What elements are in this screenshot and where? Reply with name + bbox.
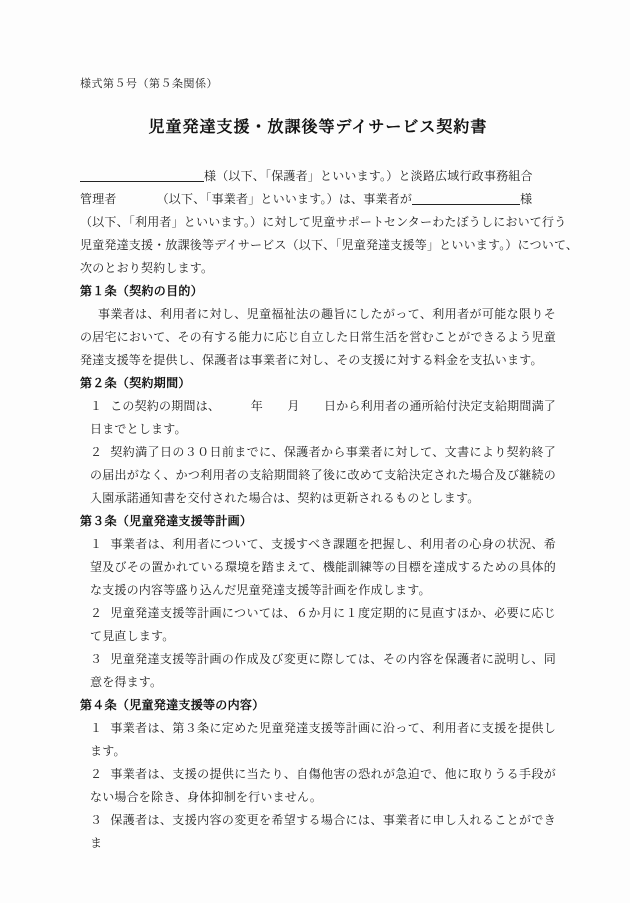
article-2-item-1: １この契約の期間は、 年 月 日から利用者の通所給付決定支給期間満了日までとしま…	[80, 395, 556, 441]
article-4-item-3: ３保護者は、支援内容の変更を希望する場合には、事業者に申し入れることができま	[80, 809, 556, 855]
preamble-line-5: 次のとおり契約します。	[80, 257, 556, 280]
user-name-blank	[412, 189, 520, 205]
preamble-line-1-text: 様（以下、「保護者」といいます。）と淡路広域行政事務組合	[204, 169, 533, 183]
item-number: １	[90, 399, 102, 413]
article-2-heading: 第２条（契約期間）	[80, 372, 556, 395]
article-1: 第１条（契約の目的） 事業者は、利用者に対し、児童福祉法の趣旨にしたがって、利用…	[80, 280, 556, 372]
preamble-line-2-text: （以下、「事業者」といいます。）は、事業者が	[157, 192, 412, 206]
article-3-heading: 第３条（児童発達支援等計画）	[80, 510, 556, 533]
item-number: ２	[90, 445, 102, 459]
item-text: 児童発達支援等計画の作成及び変更に際しては、その内容を保護者に説明し、同意を得ま…	[90, 652, 556, 689]
guardian-name-blank	[80, 166, 204, 182]
item-text: 事業者は、利用者について、支援すべき課題を把握し、利用者の心身の状況、希望及びそ…	[90, 537, 556, 597]
item-text: 契約満了日の３０日前までに、保護者から事業者に対して、文書により契約終了の届出が…	[90, 445, 556, 505]
item-text: 事業者は、第３条に定めた児童発達支援等計画に沿って、利用者に支援を提供します。	[90, 721, 556, 758]
item-number: ３	[90, 652, 102, 666]
manager-label: 管理者	[80, 192, 117, 206]
preamble-line-2: 管理者（以下、「事業者」といいます。）は、事業者が様	[80, 188, 556, 211]
preamble-line-2-suffix: 様	[520, 192, 532, 206]
preamble-line-3: （以下、「利用者」といいます。）に対して児童サポートセンターわたぼうしにおいて行…	[80, 211, 556, 234]
article-4-item-2: ２事業者は、支援の提供に当たり、自傷他害の恐れが急迫で、他に取りうる手段がない場…	[80, 763, 556, 809]
article-2-item-2: ２契約満了日の３０日前までに、保護者から事業者に対して、文書により契約終了の届出…	[80, 441, 556, 510]
document-title: 児童発達支援・放課後等デイサービス契約書	[80, 116, 556, 140]
item-number: ３	[90, 813, 102, 827]
item-text: この契約の期間は、 年 月 日から利用者の通所給付決定支給期間満了日までとします…	[90, 399, 556, 436]
item-number: １	[90, 721, 102, 735]
contract-page: 様式第５号（第５条関係） 児童発達支援・放課後等デイサービス契約書 様（以下、「…	[0, 0, 630, 903]
item-number: １	[90, 537, 102, 551]
item-text: 児童発達支援等計画については、６か月に１度定期的に見直すほか、必要に応じて見直し…	[90, 606, 556, 643]
article-3-item-2: ２児童発達支援等計画については、６か月に１度定期的に見直すほか、必要に応じて見直…	[80, 602, 556, 648]
article-2: 第２条（契約期間） １この契約の期間は、 年 月 日から利用者の通所給付決定支給…	[80, 372, 556, 510]
article-3-item-3: ３児童発達支援等計画の作成及び変更に際しては、その内容を保護者に説明し、同意を得…	[80, 648, 556, 694]
preamble-line-4: 児童発達支援・放課後等デイサービス（以下、「児童発達支援等」といいます。）につい…	[80, 234, 556, 257]
item-number: ２	[90, 767, 102, 781]
article-4: 第４条（児童発達支援等の内容） １事業者は、第３条に定めた児童発達支援等計画に沿…	[80, 694, 556, 855]
article-1-heading: 第１条（契約の目的）	[80, 280, 556, 303]
item-text: 保護者は、支援内容の変更を希望する場合には、事業者に申し入れることができま	[90, 813, 556, 850]
article-4-item-1: １事業者は、第３条に定めた児童発達支援等計画に沿って、利用者に支援を提供します。	[80, 717, 556, 763]
item-number: ２	[90, 606, 102, 620]
preamble-line-1: 様（以下、「保護者」といいます。）と淡路広域行政事務組合	[80, 165, 556, 188]
article-3: 第３条（児童発達支援等計画） １事業者は、利用者について、支援すべき課題を把握し…	[80, 510, 556, 694]
article-4-heading: 第４条（児童発達支援等の内容）	[80, 694, 556, 717]
item-text: 事業者は、支援の提供に当たり、自傷他害の恐れが急迫で、他に取りうる手段がない場合…	[90, 767, 556, 804]
article-1-body: 事業者は、利用者に対し、児童福祉法の趣旨にしたがって、利用者が可能な限りその居宅…	[80, 303, 556, 372]
article-3-item-1: １事業者は、利用者について、支援すべき課題を把握し、利用者の心身の状況、希望及び…	[80, 533, 556, 602]
form-number-label: 様式第５号（第５条関係）	[80, 73, 556, 96]
preamble: 様（以下、「保護者」といいます。）と淡路広域行政事務組合 管理者（以下、「事業者…	[80, 165, 556, 280]
